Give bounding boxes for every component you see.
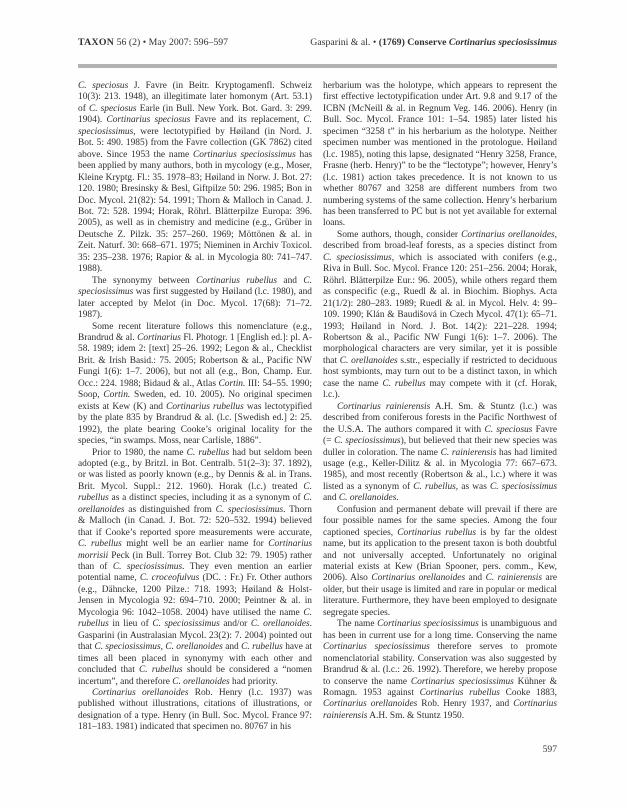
column-right: herbarium was the holotype, which appear… (323, 81, 557, 734)
running-header-left: TAXON 56 (2) • May 2007: 596–597 (78, 37, 228, 48)
header-divider-rule (78, 64, 557, 68)
issue-info: 56 (2) • May 2007: 596–597 (114, 37, 228, 48)
page-number: 597 (78, 744, 557, 755)
running-title-species: Cortinarius speciosissimus (449, 37, 557, 48)
paragraph: Some recent literature follows this nome… (78, 322, 312, 448)
paragraph: C. speciosus J. Favre (in Beitr. Kryptog… (78, 81, 312, 276)
paragraph: Prior to 1980, the name C. rubellus had … (78, 448, 312, 689)
paragraph: The synonymy between Cortinarius rubellu… (78, 276, 312, 322)
journal-name: TAXON (78, 37, 114, 48)
article-body: C. speciosus J. Favre (in Beitr. Kryptog… (78, 81, 557, 734)
journal-page: TAXON 56 (2) • May 2007: 596–597 Gaspari… (0, 0, 628, 808)
running-header: TAXON 56 (2) • May 2007: 596–597 Gaspari… (78, 37, 557, 48)
column-left: C. speciosus J. Favre (in Beitr. Kryptog… (78, 81, 312, 734)
paragraph: The name Cortinarius speciosissimus is u… (323, 619, 557, 722)
paragraph: Cortinarius rainierensis A.H. Sm. & Stun… (323, 402, 557, 505)
running-header-right: Gasparini & al. • (1769) Conserve Cortin… (310, 37, 557, 48)
running-authors: Gasparini & al. • (310, 37, 378, 48)
paragraph: Cortinarius orellanoides Rob. Henry (l.c… (78, 688, 312, 734)
paragraph: Confusion and permanent debate will prev… (323, 505, 557, 620)
paragraph: Some authors, though, consider Cortinari… (323, 230, 557, 402)
paragraph: herbarium was the holotype, which appear… (323, 81, 557, 230)
running-title-number: (1769) Conserve (379, 37, 449, 48)
